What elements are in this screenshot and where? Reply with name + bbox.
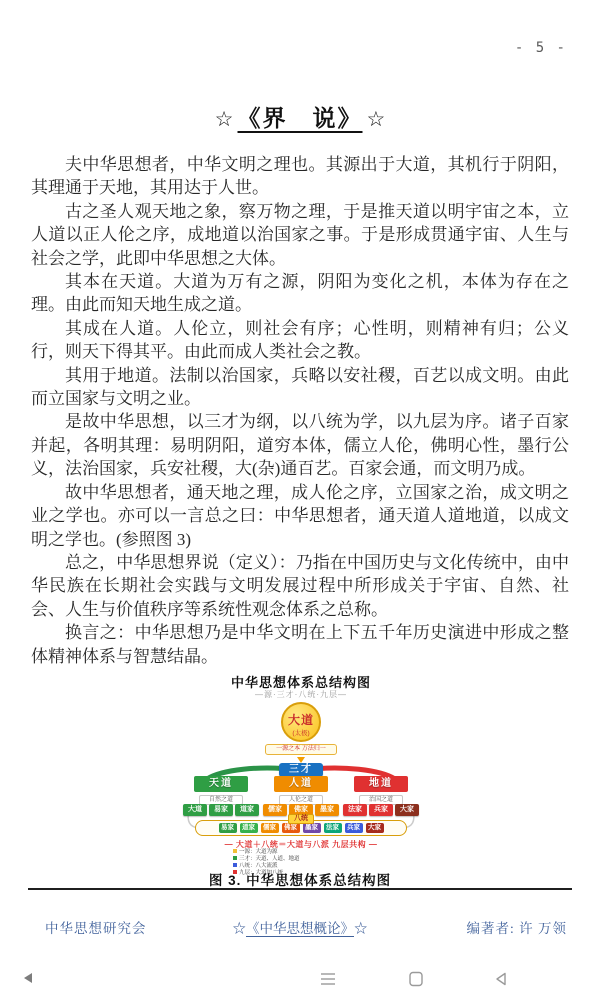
dadao-node: 大道 (太极) [281,702,321,742]
legend-bullet-icon [233,849,237,853]
book-title-text: 《中华思想概论》 [246,921,354,936]
school-box: 墨家 [315,804,339,816]
paragraph: 夫中华思想者，中华文明之理也。其源出于大道，其机行于阴阳，其理通于天地，其用达于… [31,153,569,200]
didao-banner: 地道 [354,776,408,792]
paragraph: 换言之：中华思想乃是中华文明在上下五千年历史演进中形成之整体精神体系与智慧结晶。 [31,621,569,668]
title-text: 《界 说》 [238,106,363,131]
rendao-banner: 人道 [274,776,328,792]
document-body: 夫中华思想者，中华文明之理也。其源出于大道，其机行于阴阳，其理通于天地，其用达于… [31,153,569,668]
reader-screen: { "page": { "page_number": "- 5 -", "tit… [0,0,600,1000]
batong-item: 佛家 [282,823,300,833]
menu-icon[interactable] [320,971,336,987]
legend-text: 八统：八大流派 [239,863,278,869]
paragraph: 其用于地道。法制以治国家，兵略以安社稷，百艺以成文明。由此而立国家与文明之业。 [31,364,569,411]
tiandao-banner: 天道 [194,776,248,792]
figure-caption: 图 3. 中华思想体系总结构图 [0,869,600,889]
star-icon: ☆ [211,107,238,131]
legend-text: 一源：大道为源 [239,849,278,855]
page-title: ☆《界 说》☆ [0,100,600,133]
legend-bullet-icon [233,863,237,867]
figure-diagram: 中华思想体系总结构图 —源·三才·八统·九层— 大道 (太极) 一源之本 万法归… [181,672,421,870]
footer-organization: 中华思想研究会 [45,917,147,937]
divider [28,888,572,890]
star-icon: ☆ [354,921,368,936]
school-box: 儒家 [263,804,287,816]
star-icon: ☆ [363,107,390,131]
batong-item: 儒家 [261,823,279,833]
school-box: 兵家 [369,804,393,816]
legend-bullet-icon [233,856,237,860]
legend-text: 三才：天道、人道、地道 [239,856,300,862]
figure-formula: — 大道＋八统＝大道与八派 九层共构 — [181,839,421,850]
school-box: 法家 [343,804,367,816]
batong-item: 墨家 [303,823,321,833]
batong-item: 兵家 [345,823,363,833]
batong-item: 易家 [219,823,237,833]
paragraph: 其成在人道。人伦立，则社会有序；心性明，则精神有归；公义行，则天下得其平。由此而… [31,317,569,364]
school-box: 道家 [235,804,259,816]
paragraph: 故中华思想者，通天地之理，成人伦之序，立国家之治，成文明之业之学也。亦可以一言总… [31,481,569,551]
paragraph: 古之圣人观天地之象，察万物之理，于是推天道以明宇宙之本，立人道以正人伦之序，成地… [31,200,569,270]
root-note: 一源之本 万法归一 [265,744,337,755]
taiji-label: (太极) [283,728,319,737]
school-box: 大道 [183,804,207,816]
page-back-icon[interactable] [24,973,32,983]
paragraph: 总之，中华思想界说（定义）：乃指在中国历史与文化传统中，由中华民族在长期社会实践… [31,551,569,621]
batong-badge: 八统 [288,814,314,824]
sancai-node: 三才 [279,763,323,777]
batong-item: 大家 [366,823,384,833]
android-navbar [0,960,600,1000]
footer-author: 编著者: 许 万领 [466,917,567,937]
batong-item: 道家 [240,823,258,833]
dadao-label: 大道 [283,711,319,728]
paragraph: 其本在天道。大道为万有之源，阴阳为变化之机，本体为存在之理。由此而知天地生成之道… [31,270,569,317]
legend-row: 三才：天道、人道、地道 [233,856,300,863]
school-box: 大家 [395,804,419,816]
home-icon[interactable] [408,971,424,987]
back-icon[interactable] [493,971,509,987]
star-icon: ☆ [233,921,247,936]
page-number: - 5 - [515,40,567,56]
footer-book-title: ☆《中华思想概论》☆ [233,917,368,937]
paragraph: 是故中华思想，以三才为纲，以八统为学，以九层为序。诸子百家并起，各明其理：易明阴… [31,410,569,480]
batong-item: 法家 [324,823,342,833]
school-box: 易家 [209,804,233,816]
legend-row: 一源：大道为源 [233,849,300,856]
